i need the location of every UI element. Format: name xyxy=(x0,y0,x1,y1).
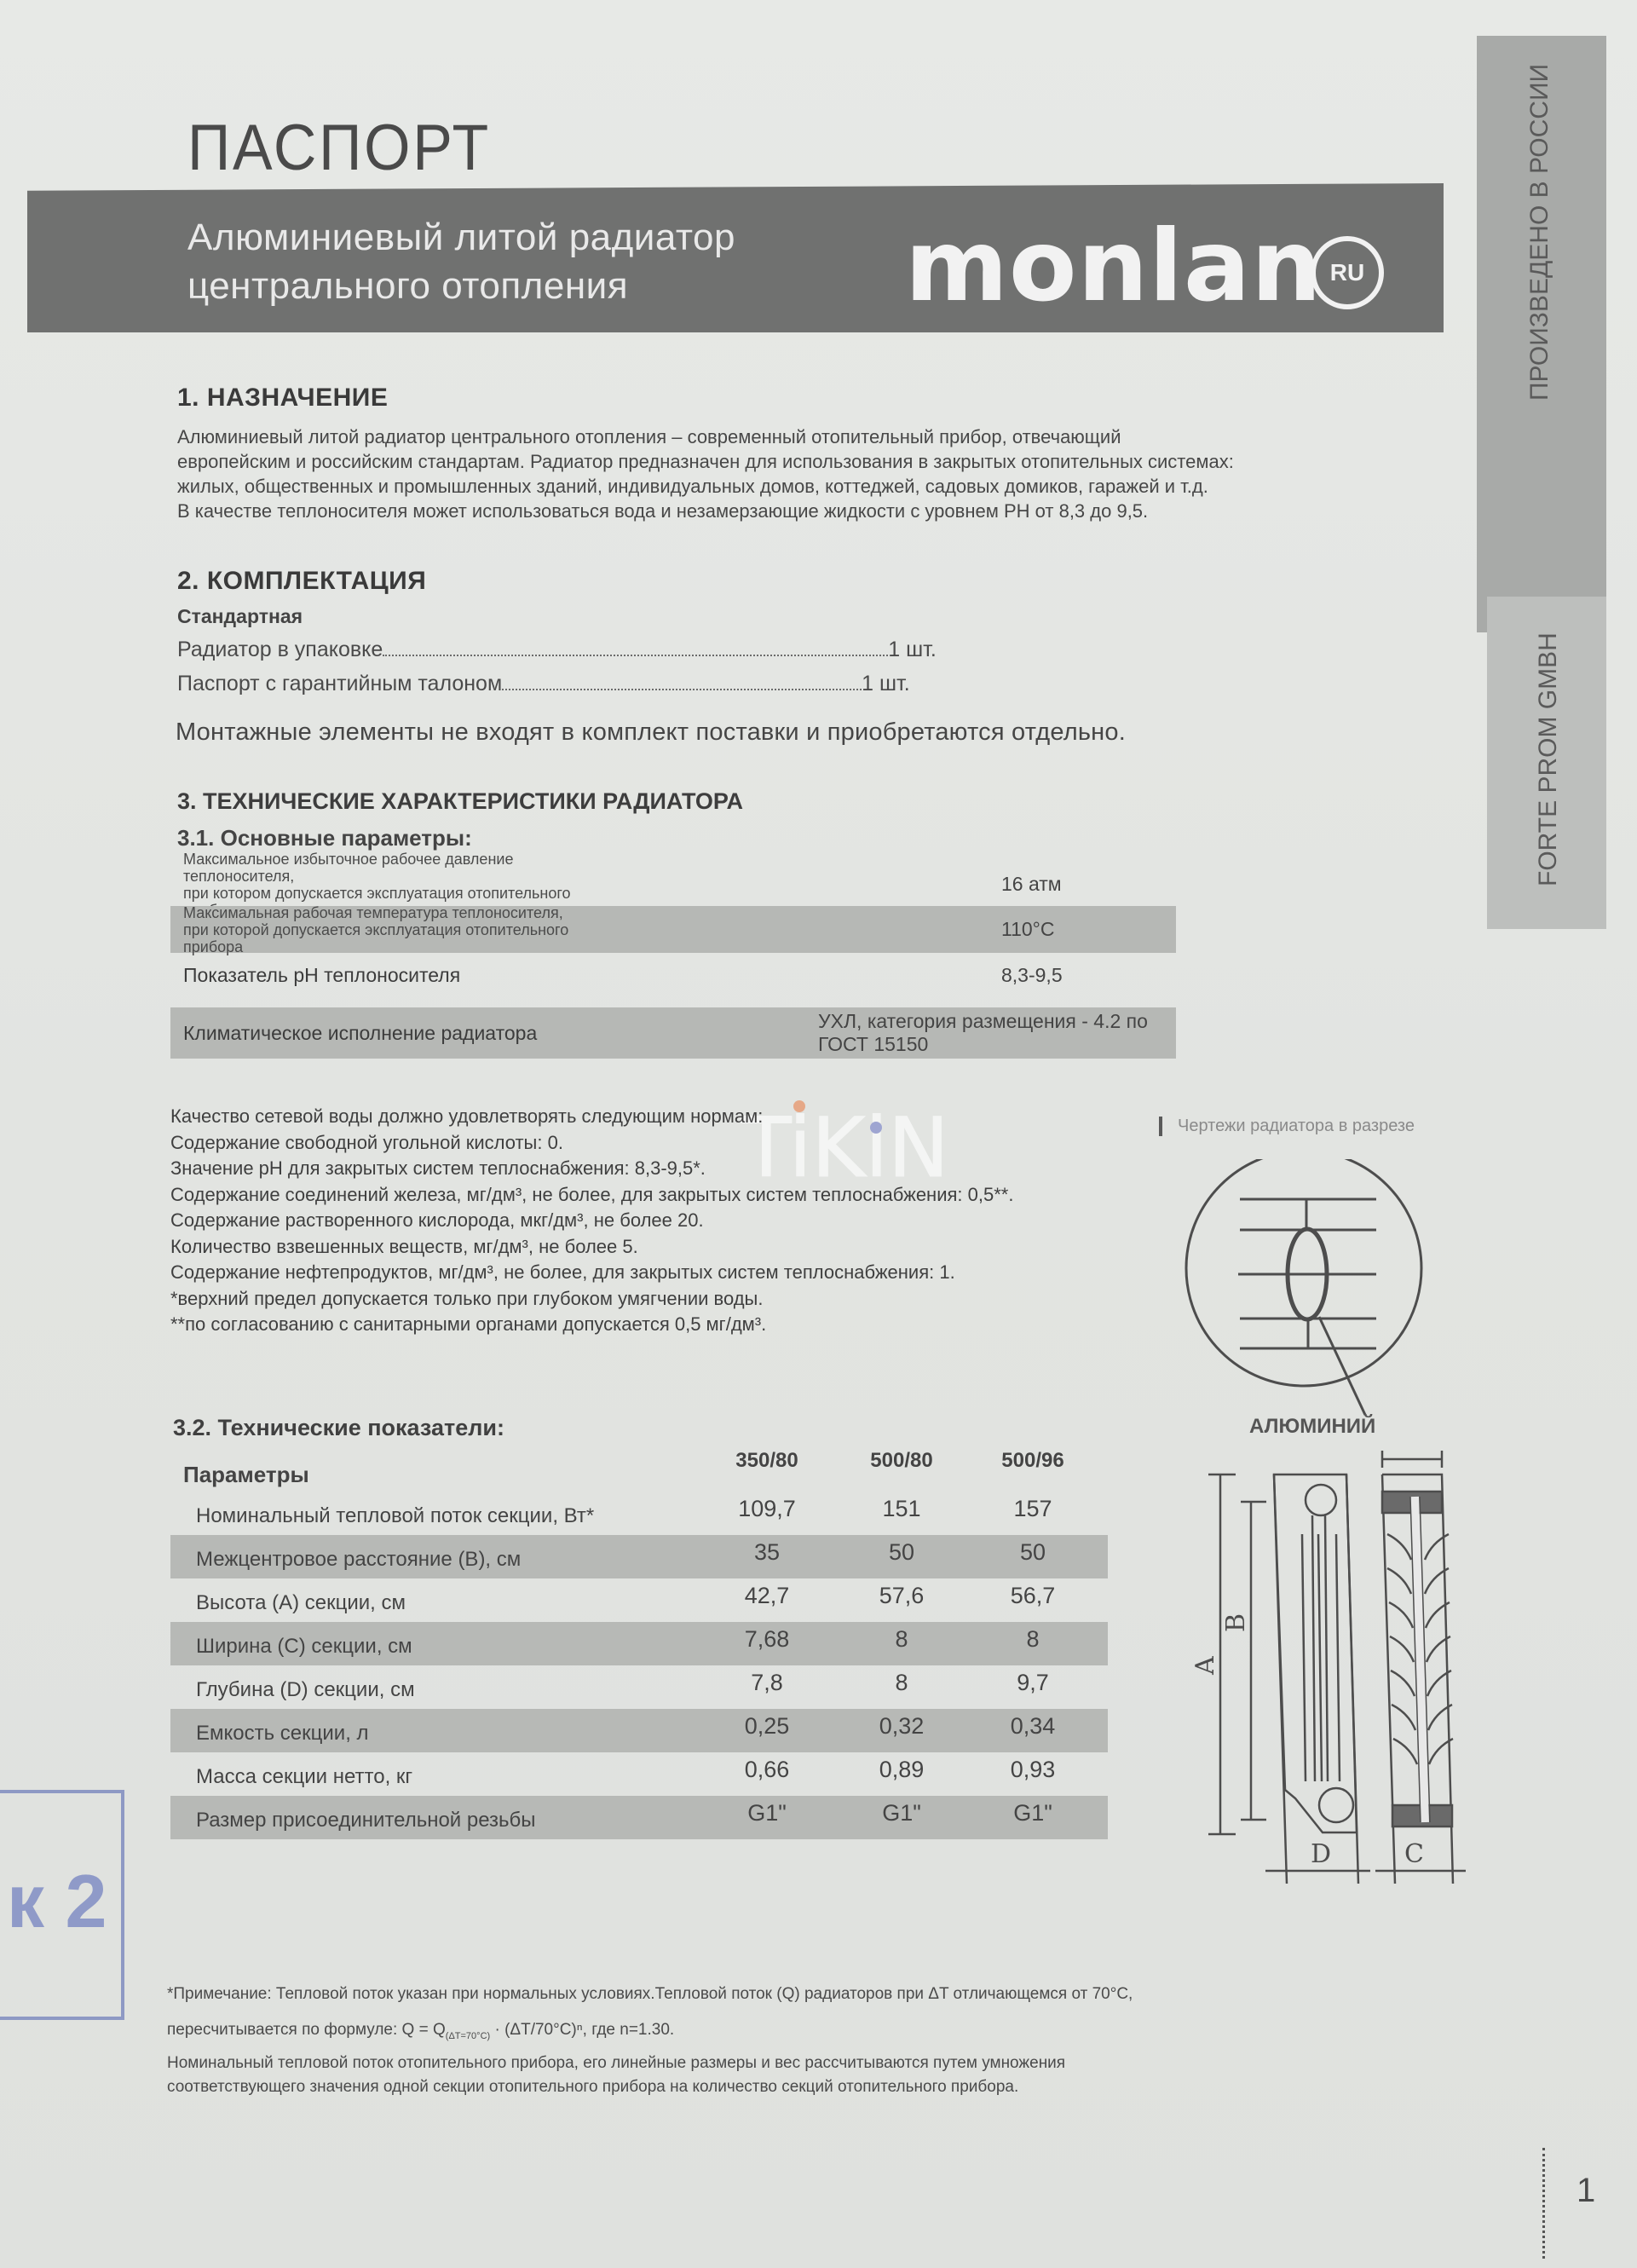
water-quality-norms: Качество сетевой воды должно удовлетворя… xyxy=(170,1104,1013,1338)
tech-specs-table: Параметры 350/80 500/80 500/96 Номинальн… xyxy=(170,1445,1108,1839)
param-value: 56,7 xyxy=(982,1583,1084,1609)
table-row: Высота (A) секции, см42,757,656,7 xyxy=(170,1578,1108,1622)
param-value: 8 xyxy=(850,1626,953,1653)
model-column-header: 500/96 xyxy=(982,1449,1084,1473)
section-3-2-heading: 3.2. Технические показатели: xyxy=(173,1415,504,1441)
param-value: G1" xyxy=(982,1800,1084,1827)
param-value: 57,6 xyxy=(850,1583,953,1609)
cross-section-detail-icon xyxy=(1185,1159,1457,1449)
param-value: 42,7 xyxy=(716,1583,818,1609)
model-column-header: 500/80 xyxy=(850,1449,953,1473)
subtitle-line-1: Алюминиевый литой радиатор xyxy=(187,213,735,262)
kit-item: Радиатор в упаковке1 шт. xyxy=(177,638,937,662)
section-1-line: Алюминиевый литой радиатор центрального … xyxy=(177,424,1234,449)
section-1-line: В качестве теплоносителя может использов… xyxy=(177,499,1234,523)
footnote-line: *Примечание: Тепловой поток указан при н… xyxy=(167,1979,1133,2010)
page-number: 1 xyxy=(1576,2172,1595,2210)
kit-type-label: Стандартная xyxy=(177,605,303,628)
param-name: Межцентровое расстояние (B), см xyxy=(196,1548,521,1572)
document-title: ПАСПОРТ xyxy=(187,111,491,185)
param-value: G1" xyxy=(850,1800,953,1827)
param-value: 9,7 xyxy=(982,1670,1084,1696)
footnote-line: соответствующего значения одной секции о… xyxy=(167,2075,1133,2099)
norm-line: Качество сетевой воды должно удовлетворя… xyxy=(170,1104,1013,1130)
model-column-header: 350/80 xyxy=(716,1449,818,1473)
param-value: 0,93 xyxy=(982,1757,1084,1783)
table-row: Межцентровое расстояние (B), см355050 xyxy=(170,1535,1108,1578)
table-row: Глубина (D) секции, см7,889,7 xyxy=(170,1665,1108,1709)
table-row: Ширина (C) секции, см7,6888 xyxy=(170,1622,1108,1665)
param-name: Размер присоединительной резьбы xyxy=(196,1809,536,1832)
param-value: G1" xyxy=(716,1800,818,1827)
param-value: 7,8 xyxy=(716,1670,818,1696)
footnotes: *Примечание: Тепловой поток указан при н… xyxy=(167,1979,1133,2099)
param-value: 0,25 xyxy=(716,1713,818,1740)
param-column-header: Параметры xyxy=(183,1462,309,1488)
param-value: 8,3-9,5 xyxy=(614,964,1176,987)
param-value: 8 xyxy=(982,1626,1084,1653)
norm-line: Значение pH для закрытых систем теплосна… xyxy=(170,1156,1013,1182)
svg-text:D: D xyxy=(1311,1839,1331,1869)
param-value: 0,89 xyxy=(850,1757,953,1783)
norm-line: **по согласованию с санитарными органами… xyxy=(170,1312,1013,1338)
table-row: Климатическое исполнение радиатора УХЛ, … xyxy=(170,1007,1176,1059)
table-header: Параметры 350/80 500/80 500/96 xyxy=(170,1445,1108,1492)
radiator-section-drawing-icon: A B D C xyxy=(1193,1440,1466,1943)
param-value: 50 xyxy=(850,1539,953,1566)
table-row: Максимальное избыточное рабочее давление… xyxy=(170,863,1176,906)
param-name: Емкость секции, л xyxy=(196,1722,369,1746)
param-value: 110°C xyxy=(614,918,1176,941)
svg-text:C: C xyxy=(1404,1839,1424,1869)
table-row: Максимальная рабочая температура теплоно… xyxy=(170,906,1176,953)
page-number-divider xyxy=(1542,2148,1545,2259)
param-value: 109,7 xyxy=(716,1496,818,1522)
product-subtitle: Алюминиевый литой радиатор центрального … xyxy=(187,213,735,310)
param-value: 0,66 xyxy=(716,1757,818,1783)
basic-params-table: Максимальное избыточное рабочее давление… xyxy=(170,863,1176,1059)
formula-line: пересчитывается по формуле: Q = Q(ΔT=70°… xyxy=(167,2015,1133,2052)
section-3-heading: 3. ТЕХНИЧЕСКИЕ ХАРАКТЕРИСТИКИ РАДИАТОРА xyxy=(177,788,743,815)
table-row: Размер присоединительной резьбыG1"G1"G1" xyxy=(170,1796,1108,1839)
param-name: Масса секции нетто, кг xyxy=(196,1765,412,1789)
ink-stamp-text: к 2 xyxy=(7,1858,107,1945)
table-row: Емкость секции, л0,250,320,34 xyxy=(170,1709,1108,1752)
ru-badge-icon: RU xyxy=(1311,236,1384,309)
param-name: Ширина (C) секции, см xyxy=(196,1635,412,1659)
norm-line: Содержание нефтепродуктов, мг/дм³, не бо… xyxy=(170,1260,1013,1286)
norm-line: Содержание свободной угольной кислоты: 0… xyxy=(170,1130,1013,1157)
norm-line: *верхний предел допускается только при г… xyxy=(170,1286,1013,1313)
norm-line: Содержание соединений железа, мг/дм³, не… xyxy=(170,1182,1013,1209)
param-value: 157 xyxy=(982,1496,1084,1522)
section-1-text: Алюминиевый литой радиатор центрального … xyxy=(177,424,1234,523)
param-value: 0,34 xyxy=(982,1713,1084,1740)
param-value: 8 xyxy=(850,1670,953,1696)
param-value: 7,68 xyxy=(716,1626,818,1653)
brand-logo: monlan xyxy=(905,209,1323,324)
norm-line: Количество взвешенных веществ, мг/дм³, н… xyxy=(170,1234,1013,1261)
table-row: Показатель pH теплоносителя 8,3-9,5 xyxy=(170,953,1176,997)
param-value: 0,32 xyxy=(850,1713,953,1740)
section-1-line: европейским и российским стандартам. Рад… xyxy=(177,449,1234,474)
svg-text:A: A xyxy=(1193,1656,1220,1676)
kit-item: Паспорт с гарантийным талоном1 шт. xyxy=(177,672,910,696)
table-row: Масса секции нетто, кг0,660,890,93 xyxy=(170,1752,1108,1796)
subtitle-line-2: центрального отопления xyxy=(187,262,735,310)
section-3-1-heading: 3.1. Основные параметры: xyxy=(177,825,472,851)
section-2-heading: 2. КОМПЛЕКТАЦИЯ xyxy=(177,567,426,596)
material-label: АЛЮМИНИЙ xyxy=(1249,1415,1375,1439)
table-row: Номинальный тепловой поток секции, Вт*10… xyxy=(170,1492,1108,1535)
footnote-line: Номинальный тепловой поток отопительного… xyxy=(167,2052,1133,2075)
svg-text:B: B xyxy=(1221,1613,1251,1632)
param-value: 151 xyxy=(850,1496,953,1522)
passport-page: ПАСПОРТ Алюминиевый литой радиатор центр… xyxy=(0,0,1637,2268)
param-name: Высота (A) секции, см xyxy=(196,1591,406,1615)
param-value: 50 xyxy=(982,1539,1084,1566)
drawing-caption: Чертежи радиатора в разрезе xyxy=(1159,1117,1415,1136)
made-in-russia-label: ПРОИЗВЕДЕНО В РОССИИ xyxy=(1525,64,1554,401)
param-name: Глубина (D) секции, см xyxy=(196,1678,415,1702)
section-1-line: жилых, общественных и промышленных здани… xyxy=(177,474,1234,499)
kit-note: Монтажные элементы не входят в комплект … xyxy=(176,718,1126,747)
param-value: 35 xyxy=(716,1539,818,1566)
dot-leader xyxy=(383,655,888,656)
manufacturer-label: FORTE PROM GMBH xyxy=(1534,632,1563,886)
norm-line: Содержание растворенного кислорода, мкг/… xyxy=(170,1208,1013,1234)
param-value: 16 атм xyxy=(614,873,1176,896)
param-value: УХЛ, категория размещения - 4.2 по ГОСТ … xyxy=(614,1010,1176,1056)
section-1-heading: 1. НАЗНАЧЕНИЕ xyxy=(177,384,388,413)
dot-leader xyxy=(502,689,862,690)
table-body: Номинальный тепловой поток секции, Вт*10… xyxy=(170,1492,1108,1839)
param-name: Номинальный тепловой поток секции, Вт* xyxy=(196,1504,594,1528)
